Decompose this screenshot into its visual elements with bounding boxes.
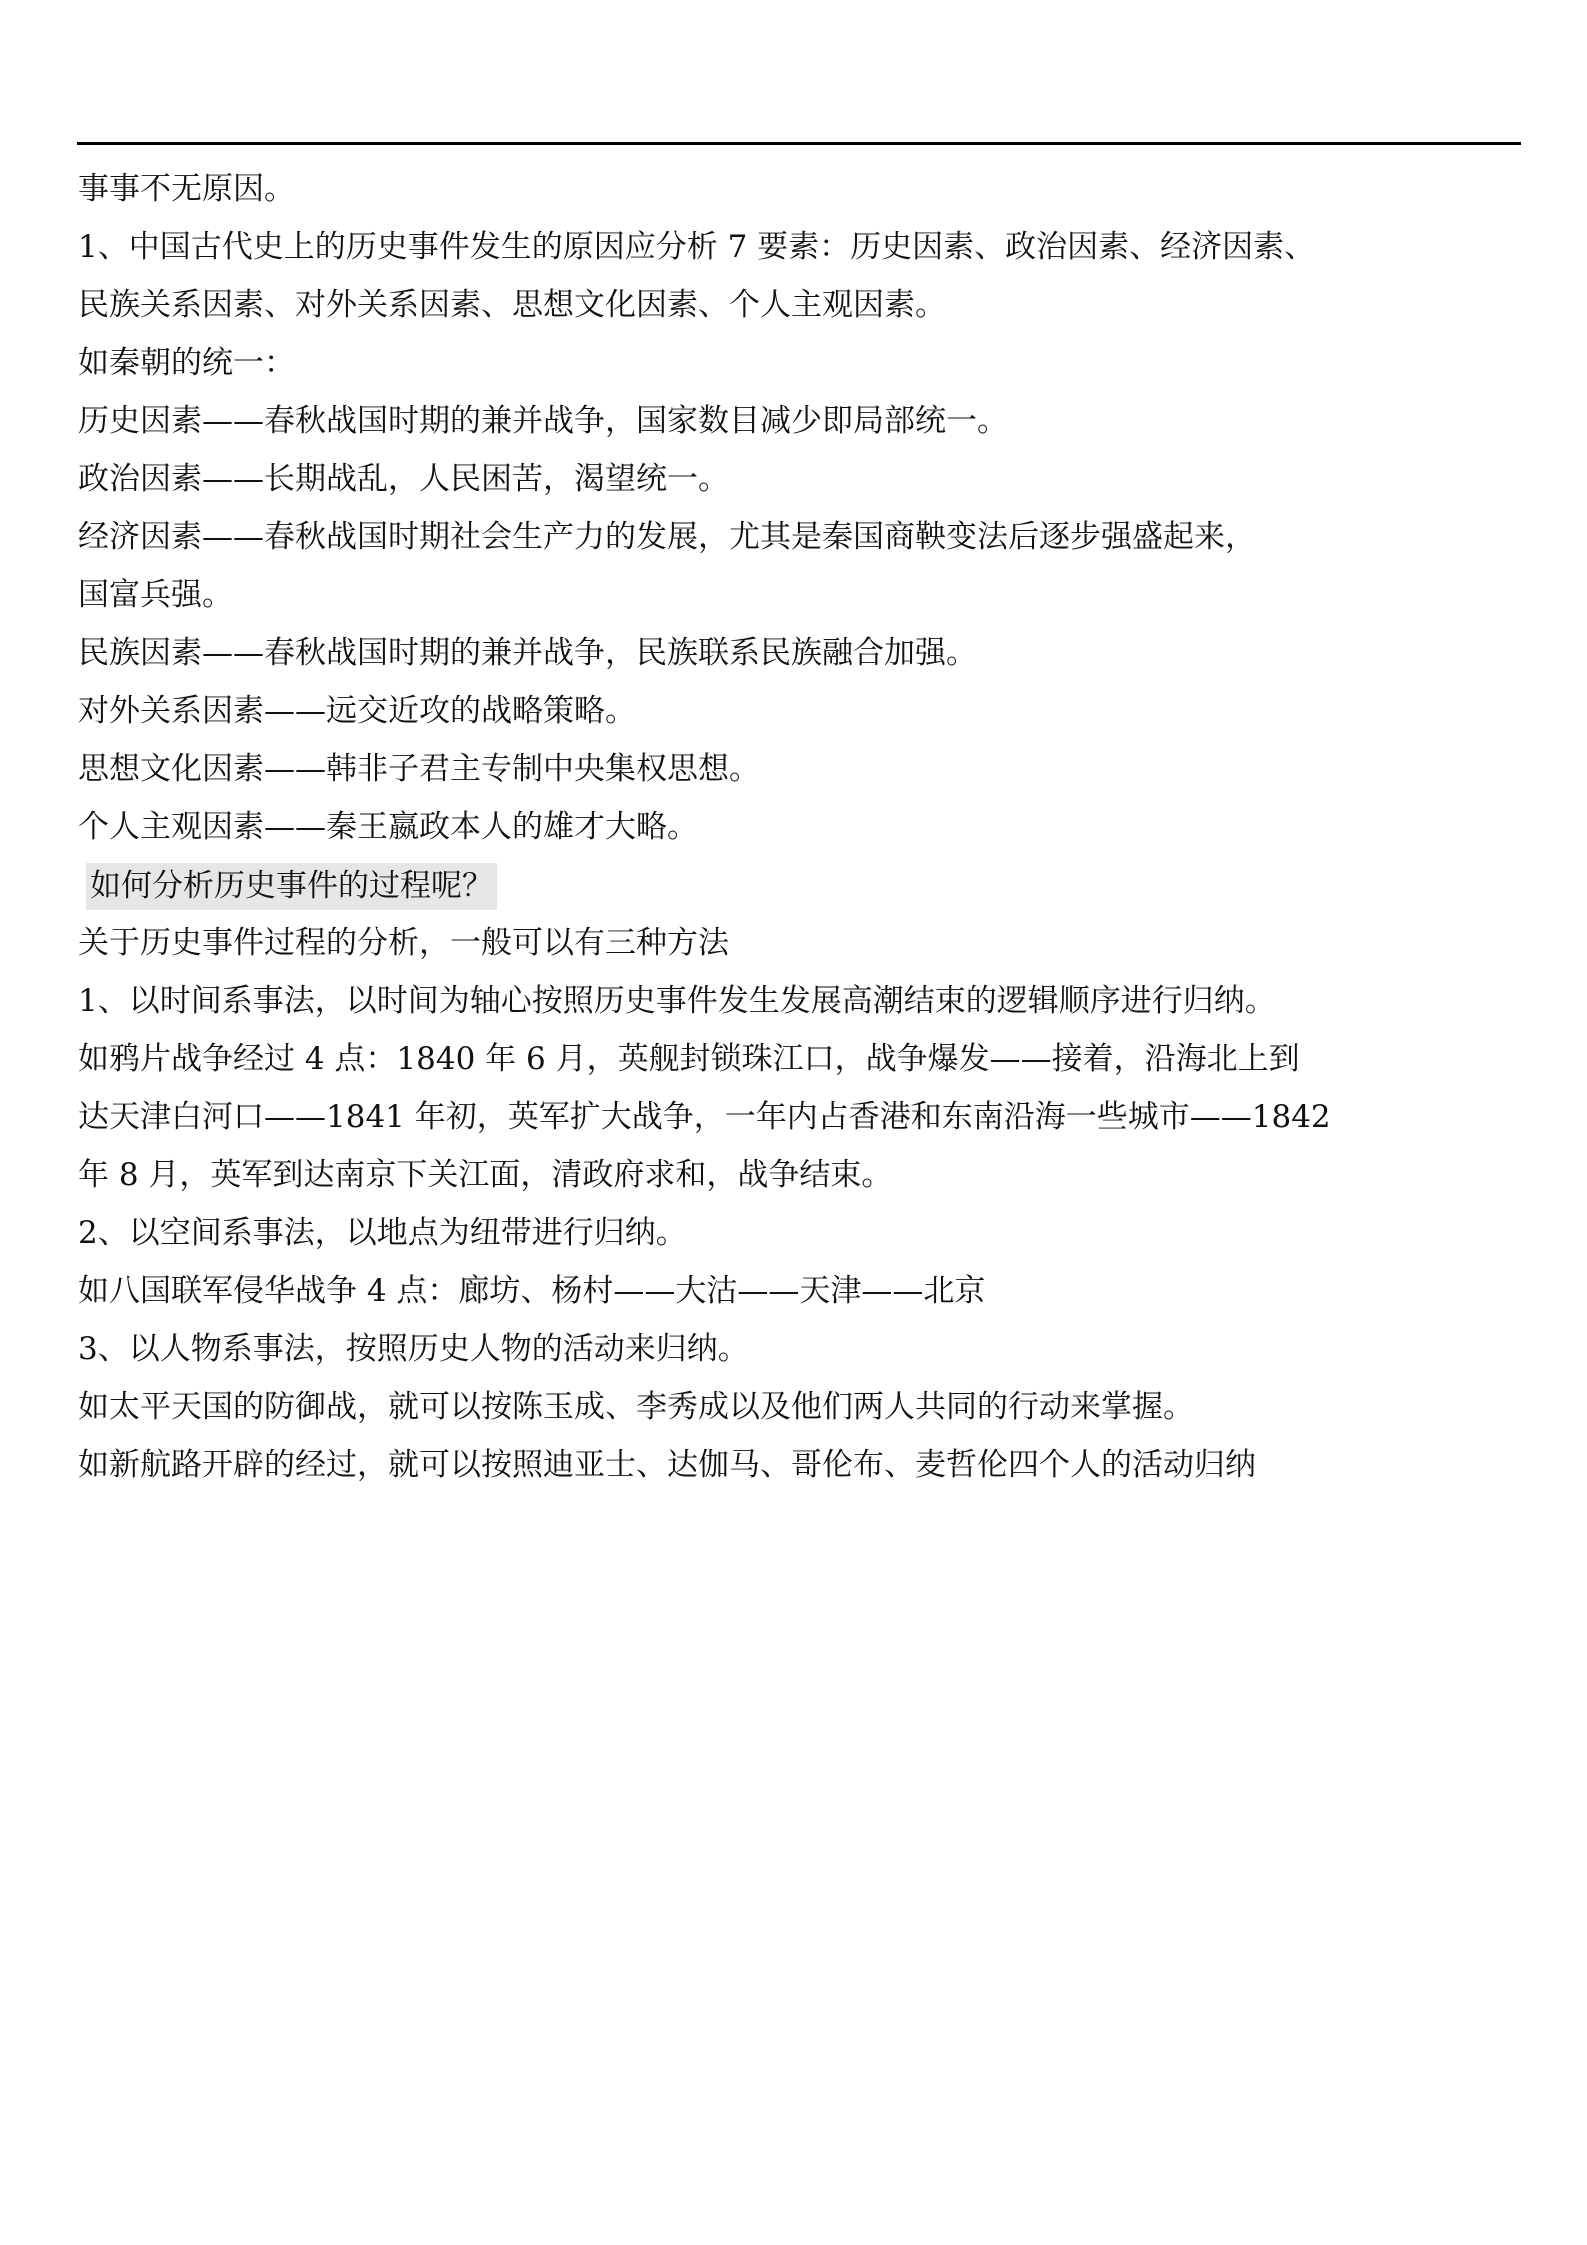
factor-economic: 经济因素——春秋战国时期社会生产力的发展，尤其是秦国商鞅变法后逐步强盛起来， bbox=[78, 508, 1528, 566]
factor-personal: 个人主观因素——秦王嬴政本人的雄才大略。 bbox=[78, 798, 1528, 856]
opium-war-line-2: 达天津白河口——1841 年初，英军扩大战争，一年内占香港和东南沿海一些城市——… bbox=[78, 1088, 1528, 1146]
new-route-example: 如新航路开辟的经过，就可以按照迪亚士、达伽马、哥伦布、麦哲伦四个人的活动归纳 bbox=[78, 1436, 1528, 1494]
factor-ideology-culture: 思想文化因素——韩非子君主专制中央集权思想。 bbox=[78, 740, 1528, 798]
cause-point-1-line-2: 民族关系因素、对外关系因素、思想文化因素、个人主观因素。 bbox=[78, 276, 1528, 334]
process-section-heading: 如何分析历史事件的过程呢？ bbox=[86, 863, 497, 910]
factor-ethnic: 民族因素——春秋战国时期的兼并战争，民族联系民族融合加强。 bbox=[78, 624, 1528, 682]
example-intro: 如秦朝的统一： bbox=[78, 334, 1528, 392]
opium-war-line-1: 如鸦片战争经过 4 点：1840 年 6 月，英舰封锁珠江口，战争爆发——接着，… bbox=[78, 1030, 1528, 1088]
factor-foreign-relations: 对外关系因素——远交近攻的战略策略。 bbox=[78, 682, 1528, 740]
factor-economic-cont: 国富兵强。 bbox=[78, 566, 1528, 624]
document-body: 事事不无原因。 1、中国古代史上的历史事件发生的原因应分析 7 要素：历史因素、… bbox=[78, 160, 1528, 1494]
process-heading-row: 如何分析历史事件的过程呢？ bbox=[78, 856, 1528, 914]
taiping-example: 如太平天国的防御战，就可以按陈玉成、李秀成以及他们两人共同的行动来掌握。 bbox=[78, 1378, 1528, 1436]
factor-political: 政治因素——长期战乱，人民困苦，渴望统一。 bbox=[78, 450, 1528, 508]
process-intro: 关于历史事件过程的分析，一般可以有三种方法 bbox=[78, 914, 1528, 972]
opium-war-line-3: 年 8 月，英军到达南京下关江面，清政府求和，战争结束。 bbox=[78, 1146, 1528, 1204]
factor-historical: 历史因素——春秋战国时期的兼并战争，国家数目减少即局部统一。 bbox=[78, 392, 1528, 450]
method-person: 3、以人物系事法，按照历史人物的活动来归纳。 bbox=[78, 1320, 1528, 1378]
cause-point-1-line-1: 1、中国古代史上的历史事件发生的原因应分析 7 要素：历史因素、政治因素、经济因… bbox=[78, 218, 1528, 276]
header-rule bbox=[77, 142, 1521, 145]
method-space: 2、以空间系事法，以地点为纽带进行归纳。 bbox=[78, 1204, 1528, 1262]
method-time: 1、以时间系事法，以时间为轴心按照历史事件发生发展高潮结束的逻辑顺序进行归纳。 bbox=[78, 972, 1528, 1030]
intro-text: 事事不无原因。 bbox=[78, 160, 1528, 218]
eight-nation-example: 如八国联军侵华战争 4 点：廊坊、杨村——大沽——天津——北京 bbox=[78, 1262, 1528, 1320]
